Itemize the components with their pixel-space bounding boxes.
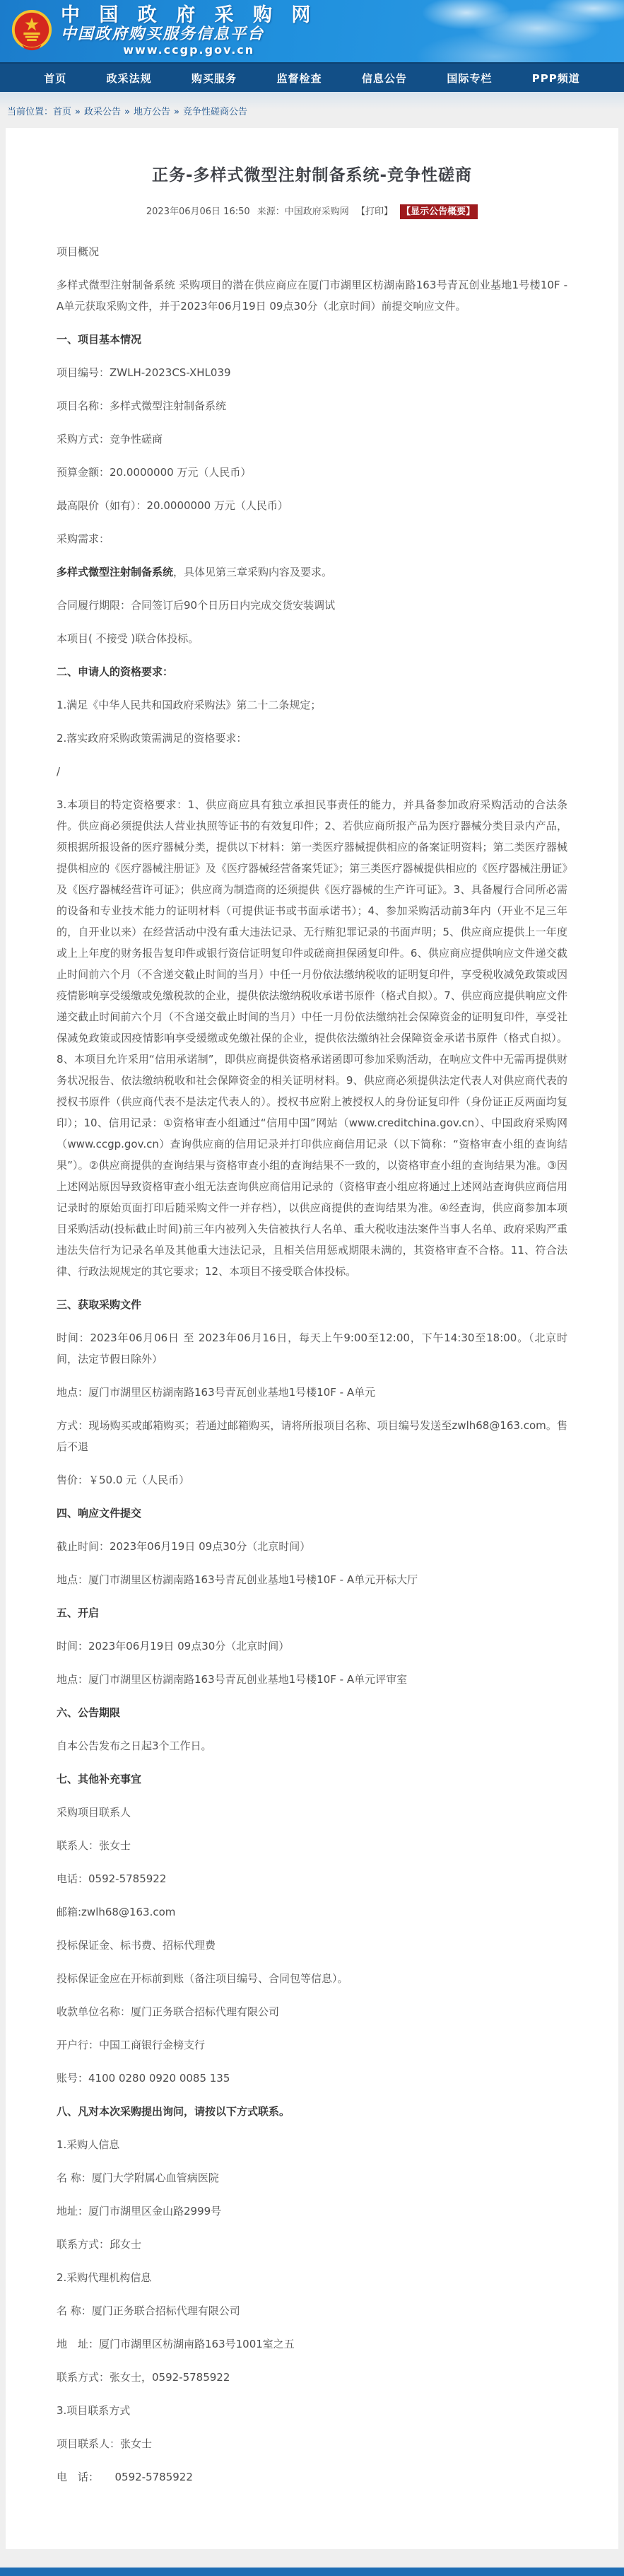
site-logo: 中 国 政 府 采 购 网 中国政府购买服务信息平台 www.ccgp.gov.… [10, 5, 317, 57]
content-paragraph: 电 话： 0592-5785922 [57, 2466, 567, 2488]
content-paragraph: 时间：2023年06月19日 09点30分（北京时间） [57, 1636, 567, 1657]
content-paragraph: 名 称：厦门正务联合招标代理有限公司 [57, 2300, 567, 2321]
content-paragraph: 地点：厦门市湖里区枋湖南路163号青瓦创业基地1号楼10F - A单元 [57, 1382, 567, 1403]
national-emblem-icon [10, 9, 54, 53]
main-nav: 首页政采法规购买服务监督检查信息公告国际专栏PPP频道 [0, 62, 624, 92]
breadcrumb-item-1[interactable]: 政采公告 [84, 107, 121, 117]
article-card: 正务-多样式微型注射制备系统-竞争性磋商 2023年06月06日 16:50 来… [6, 128, 618, 2549]
nav-item-4[interactable]: 信息公告 [362, 71, 407, 86]
content-paragraph: 项目名称：多样式微型注射制备系统 [57, 395, 567, 416]
content-paragraph: 项目概况 [57, 241, 567, 262]
breadcrumb-label: 当前位置： [7, 107, 53, 117]
content-paragraph: 截止时间：2023年06月19日 09点30分（北京时间） [57, 1536, 567, 1557]
breadcrumb-separator: » [75, 107, 81, 117]
content-paragraph: 1.采购人信息 [57, 2134, 567, 2155]
page-title: 正务-多样式微型注射制备系统-竞争性磋商 [57, 162, 567, 185]
article-meta: 2023年06月06日 16:50 来源：中国政府采购网 【打印】 【显示公告概… [57, 204, 567, 217]
section-heading: 四、响应文件提交 [57, 1503, 567, 1524]
content-paragraph: 方式：现场购买或邮箱购买；若通过邮箱购买，请将所报项目名称、项目编号发送至zwl… [57, 1415, 567, 1457]
content-paragraph: 最高限价（如有）：20.0000000 万元（人民币） [57, 495, 567, 516]
content-paragraph: 采购方式：竞争性磋商 [57, 429, 567, 450]
content-paragraph: 收款单位名称：厦门正务联合招标代理有限公司 [57, 2001, 567, 2022]
content-paragraph: 多样式微型注射制备系统，具体见第三章采购内容及要求。 [57, 561, 567, 583]
content-paragraph: 合同履行期限：合同签订后90个日历日内完成交货安装调试 [57, 595, 567, 616]
nav-item-2[interactable]: 购买服务 [192, 71, 237, 86]
content-paragraph: 1.满足《中华人民共和国政府采购法》第二十二条规定； [57, 694, 567, 716]
content-paragraph: 地址：厦门市湖里区金山路2999号 [57, 2201, 567, 2222]
print-button[interactable]: 【打印】 [356, 206, 393, 217]
publish-date: 2023年06月06日 16:50 [146, 206, 250, 217]
breadcrumb: 当前位置：首页»政采公告»地方公告»竞争性磋商公告 [0, 92, 624, 124]
content-paragraph: 联系方式：邱女士 [57, 2234, 567, 2255]
content-paragraph: 2.采购代理机构信息 [57, 2267, 567, 2288]
nav-item-0[interactable]: 首页 [44, 71, 66, 86]
breadcrumb-separator: » [124, 107, 130, 117]
content-paragraph: 联系方式：张女士，0592-5785922 [57, 2367, 567, 2388]
breadcrumb-item-0[interactable]: 首页 [53, 107, 71, 117]
article-source: 来源：中国政府采购网 [257, 206, 349, 217]
section-heading: 三、获取采购文件 [57, 1294, 567, 1315]
content-paragraph: 账号：4100 0280 0920 0085 135 [57, 2068, 567, 2089]
nav-item-5[interactable]: 国际专栏 [447, 71, 492, 86]
content-paragraph: 时间：2023年06月06日 至 2023年06月16日，每天上午9:00至12… [57, 1327, 567, 1370]
site-title: 中 国 政 府 采 购 网 [61, 5, 317, 25]
section-heading: 五、开启 [57, 1602, 567, 1624]
content-paragraph: 电话：0592-5785922 [57, 1868, 567, 1889]
footer-bar [0, 2568, 624, 2576]
content-paragraph: 3.项目联系方式 [57, 2400, 567, 2421]
content-paragraph: 邮箱:zwlh68@163.com [57, 1901, 567, 1923]
content-paragraph: 地点：厦门市湖里区枋湖南路163号青瓦创业基地1号楼10F - A单元开标大厅 [57, 1569, 567, 1590]
content-paragraph: 采购项目联系人 [57, 1802, 567, 1823]
nav-item-6[interactable]: PPP频道 [532, 71, 580, 86]
section-heading: 二、申请人的资格要求： [57, 661, 567, 682]
content-paragraph: / [57, 761, 567, 782]
page-body: 正务-多样式微型注射制备系统-竞争性磋商 2023年06月06日 16:50 来… [0, 128, 624, 2549]
nav-item-3[interactable]: 监督检查 [276, 71, 322, 86]
breadcrumb-separator: » [174, 107, 179, 117]
content-paragraph: 预算金额：20.0000000 万元（人民币） [57, 462, 567, 483]
nav-item-1[interactable]: 政采法规 [107, 71, 152, 86]
content-paragraph: 地点：厦门市湖里区枋湖南路163号青瓦创业基地1号楼10F - A单元评审室 [57, 1669, 567, 1690]
content-paragraph: 自本公告发布之日起3个工作日。 [57, 1735, 567, 1756]
content-paragraph: 3.本项目的特定资格要求：1、供应商应具有独立承担民事责任的能力，并具备参加政府… [57, 794, 567, 1282]
content-paragraph: 项目联系人：张女士 [57, 2433, 567, 2454]
content-paragraph: 联系人：张女士 [57, 1835, 567, 1856]
site-url: www.ccgp.gov.cn [61, 43, 317, 57]
content-paragraph: 开户行：中国工商银行金榜支行 [57, 2034, 567, 2056]
summary-toggle-button[interactable]: 【显示公告概要】 [400, 204, 478, 219]
content-paragraph: 投标保证金应在开标前到账（备注项目编号、合同包等信息）。 [57, 1968, 567, 1989]
article-body: 项目概况多样式微型注射制备系统 采购项目的潜在供应商应在厦门市湖里区枋湖南路16… [57, 241, 567, 2488]
content-paragraph: 投标保证金、标书费、招标代理费 [57, 1935, 567, 1956]
content-paragraph: 多样式微型注射制备系统 采购项目的潜在供应商应在厦门市湖里区枋湖南路163号青瓦… [57, 274, 567, 317]
breadcrumb-item-3[interactable]: 竞争性磋商公告 [183, 107, 247, 117]
section-heading: 八、凡对本次采购提出询问，请按以下方式联系。 [57, 2101, 567, 2122]
section-heading: 一、项目基本情况 [57, 329, 567, 350]
breadcrumb-item-2[interactable]: 地方公告 [134, 107, 170, 117]
content-paragraph: 项目编号：ZWLH-2023CS-XHL039 [57, 362, 567, 383]
content-paragraph: 名 称：厦门大学附属心血管病医院 [57, 2167, 567, 2189]
content-paragraph: 售价：￥50.0 元（人民币） [57, 1469, 567, 1491]
content-paragraph: 2.落实政府采购政策需满足的资格要求： [57, 728, 567, 749]
site-header: 中 国 政 府 采 购 网 中国政府购买服务信息平台 www.ccgp.gov.… [0, 0, 624, 62]
content-paragraph: 采购需求： [57, 528, 567, 549]
content-paragraph: 本项目( 不接受 )联合体投标。 [57, 628, 567, 649]
site-subtitle: 中国政府购买服务信息平台 [61, 25, 317, 43]
section-heading: 六、公告期限 [57, 1702, 567, 1723]
content-paragraph: 地 址：厦门市湖里区枋湖南路163号1001室之五 [57, 2333, 567, 2355]
section-heading: 七、其他补充事宜 [57, 1768, 567, 1790]
